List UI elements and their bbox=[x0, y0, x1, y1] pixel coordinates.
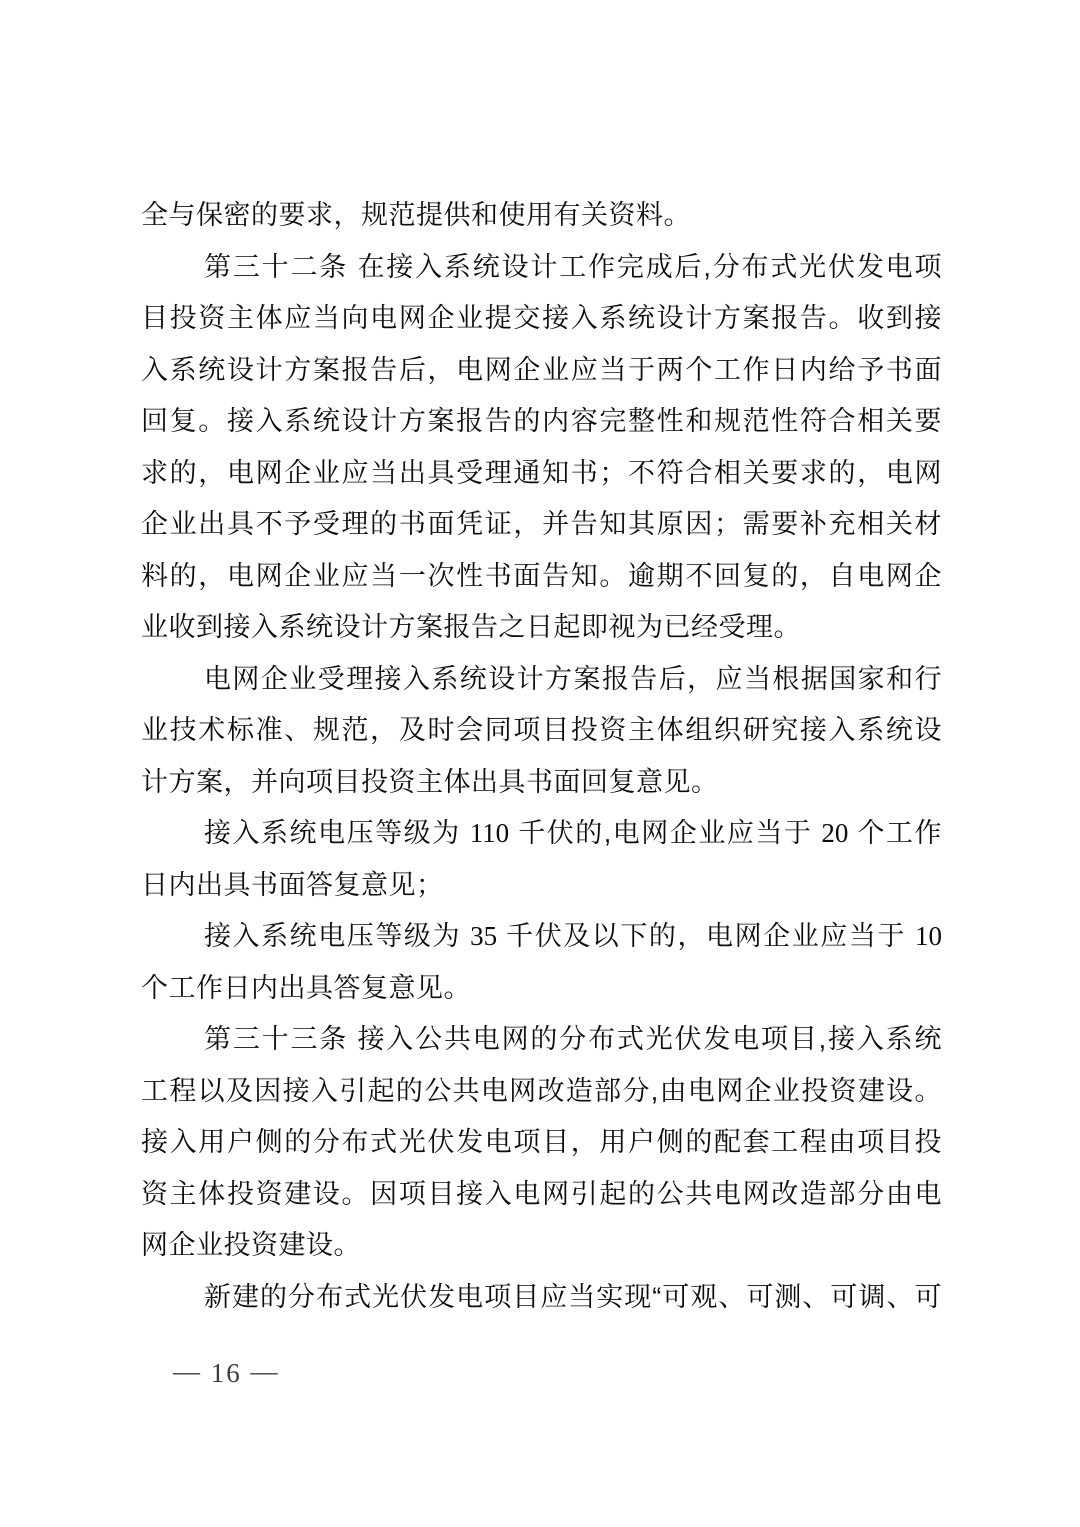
text-line: 新建的分布式光伏发电项目应当实现“可观、可测、可调、可 bbox=[141, 1272, 942, 1324]
text-line: 工程以及因接入引起的公共电网改造部分,由电网企业投资建设。 bbox=[141, 1066, 942, 1118]
text-line: 求的，电网企业应当出具受理通知书；不符合相关要求的，电网 bbox=[141, 448, 942, 500]
text-line: 全与保密的要求，规范提供和使用有关资料。 bbox=[141, 190, 942, 242]
footer-right-dash: — bbox=[251, 1356, 280, 1386]
text-line: 业收到接入系统设计方案报告之日起即视为已经受理。 bbox=[141, 602, 942, 654]
text-line: 目投资主体应当向电网企业提交接入系统设计方案报告。收到接 bbox=[141, 293, 942, 345]
text-line: 电网企业受理接入系统设计方案报告后，应当根据国家和行 bbox=[141, 654, 942, 706]
text-line: 入系统设计方案报告后，电网企业应当于两个工作日内给予书面 bbox=[141, 345, 942, 397]
text-line: 企业出具不予受理的书面凭证，并告知其原因；需要补充相关材 bbox=[141, 499, 942, 551]
text-line: 日内出具书面答复意见； bbox=[141, 860, 942, 912]
text-line: 接入系统电压等级为 110 千伏的,电网企业应当于 20 个工作 bbox=[141, 808, 942, 860]
text-line: 个工作日内出具答复意见。 bbox=[141, 963, 942, 1015]
text-line: 料的，电网企业应当一次性书面告知。逾期不回复的，自电网企 bbox=[141, 551, 942, 603]
text-line-article-32-start: 第三十二条 在接入系统设计工作完成后,分布式光伏发电项 bbox=[141, 242, 942, 294]
page-footer: — 16 — bbox=[173, 1358, 280, 1389]
footer-left-dash: — bbox=[173, 1356, 202, 1386]
text-line-article-33-start: 第三十三条 接入公共电网的分布式光伏发电项目,接入系统 bbox=[141, 1014, 942, 1066]
text-line: 计方案，并向项目投资主体出具书面回复意见。 bbox=[141, 757, 942, 809]
text-line: 接入系统电压等级为 35 千伏及以下的，电网企业应当于 10 bbox=[141, 911, 942, 963]
page-number: 16 bbox=[211, 1358, 242, 1388]
text-line: 接入用户侧的分布式光伏发电项目，用户侧的配套工程由项目投 bbox=[141, 1117, 942, 1169]
text-line: 资主体投资建设。因项目接入电网引起的公共电网改造部分由电 bbox=[141, 1169, 942, 1221]
text-line: 业技术标准、规范，及时会同项目投资主体组织研究接入系统设 bbox=[141, 705, 942, 757]
document-page: 全与保密的要求，规范提供和使用有关资料。 第三十二条 在接入系统设计工作完成后,… bbox=[0, 0, 1080, 1527]
text-line: 回复。接入系统设计方案报告的内容完整性和规范性符合相关要 bbox=[141, 396, 942, 448]
text-line: 网企业投资建设。 bbox=[141, 1220, 942, 1272]
document-body: 全与保密的要求，规范提供和使用有关资料。 第三十二条 在接入系统设计工作完成后,… bbox=[141, 190, 942, 1323]
